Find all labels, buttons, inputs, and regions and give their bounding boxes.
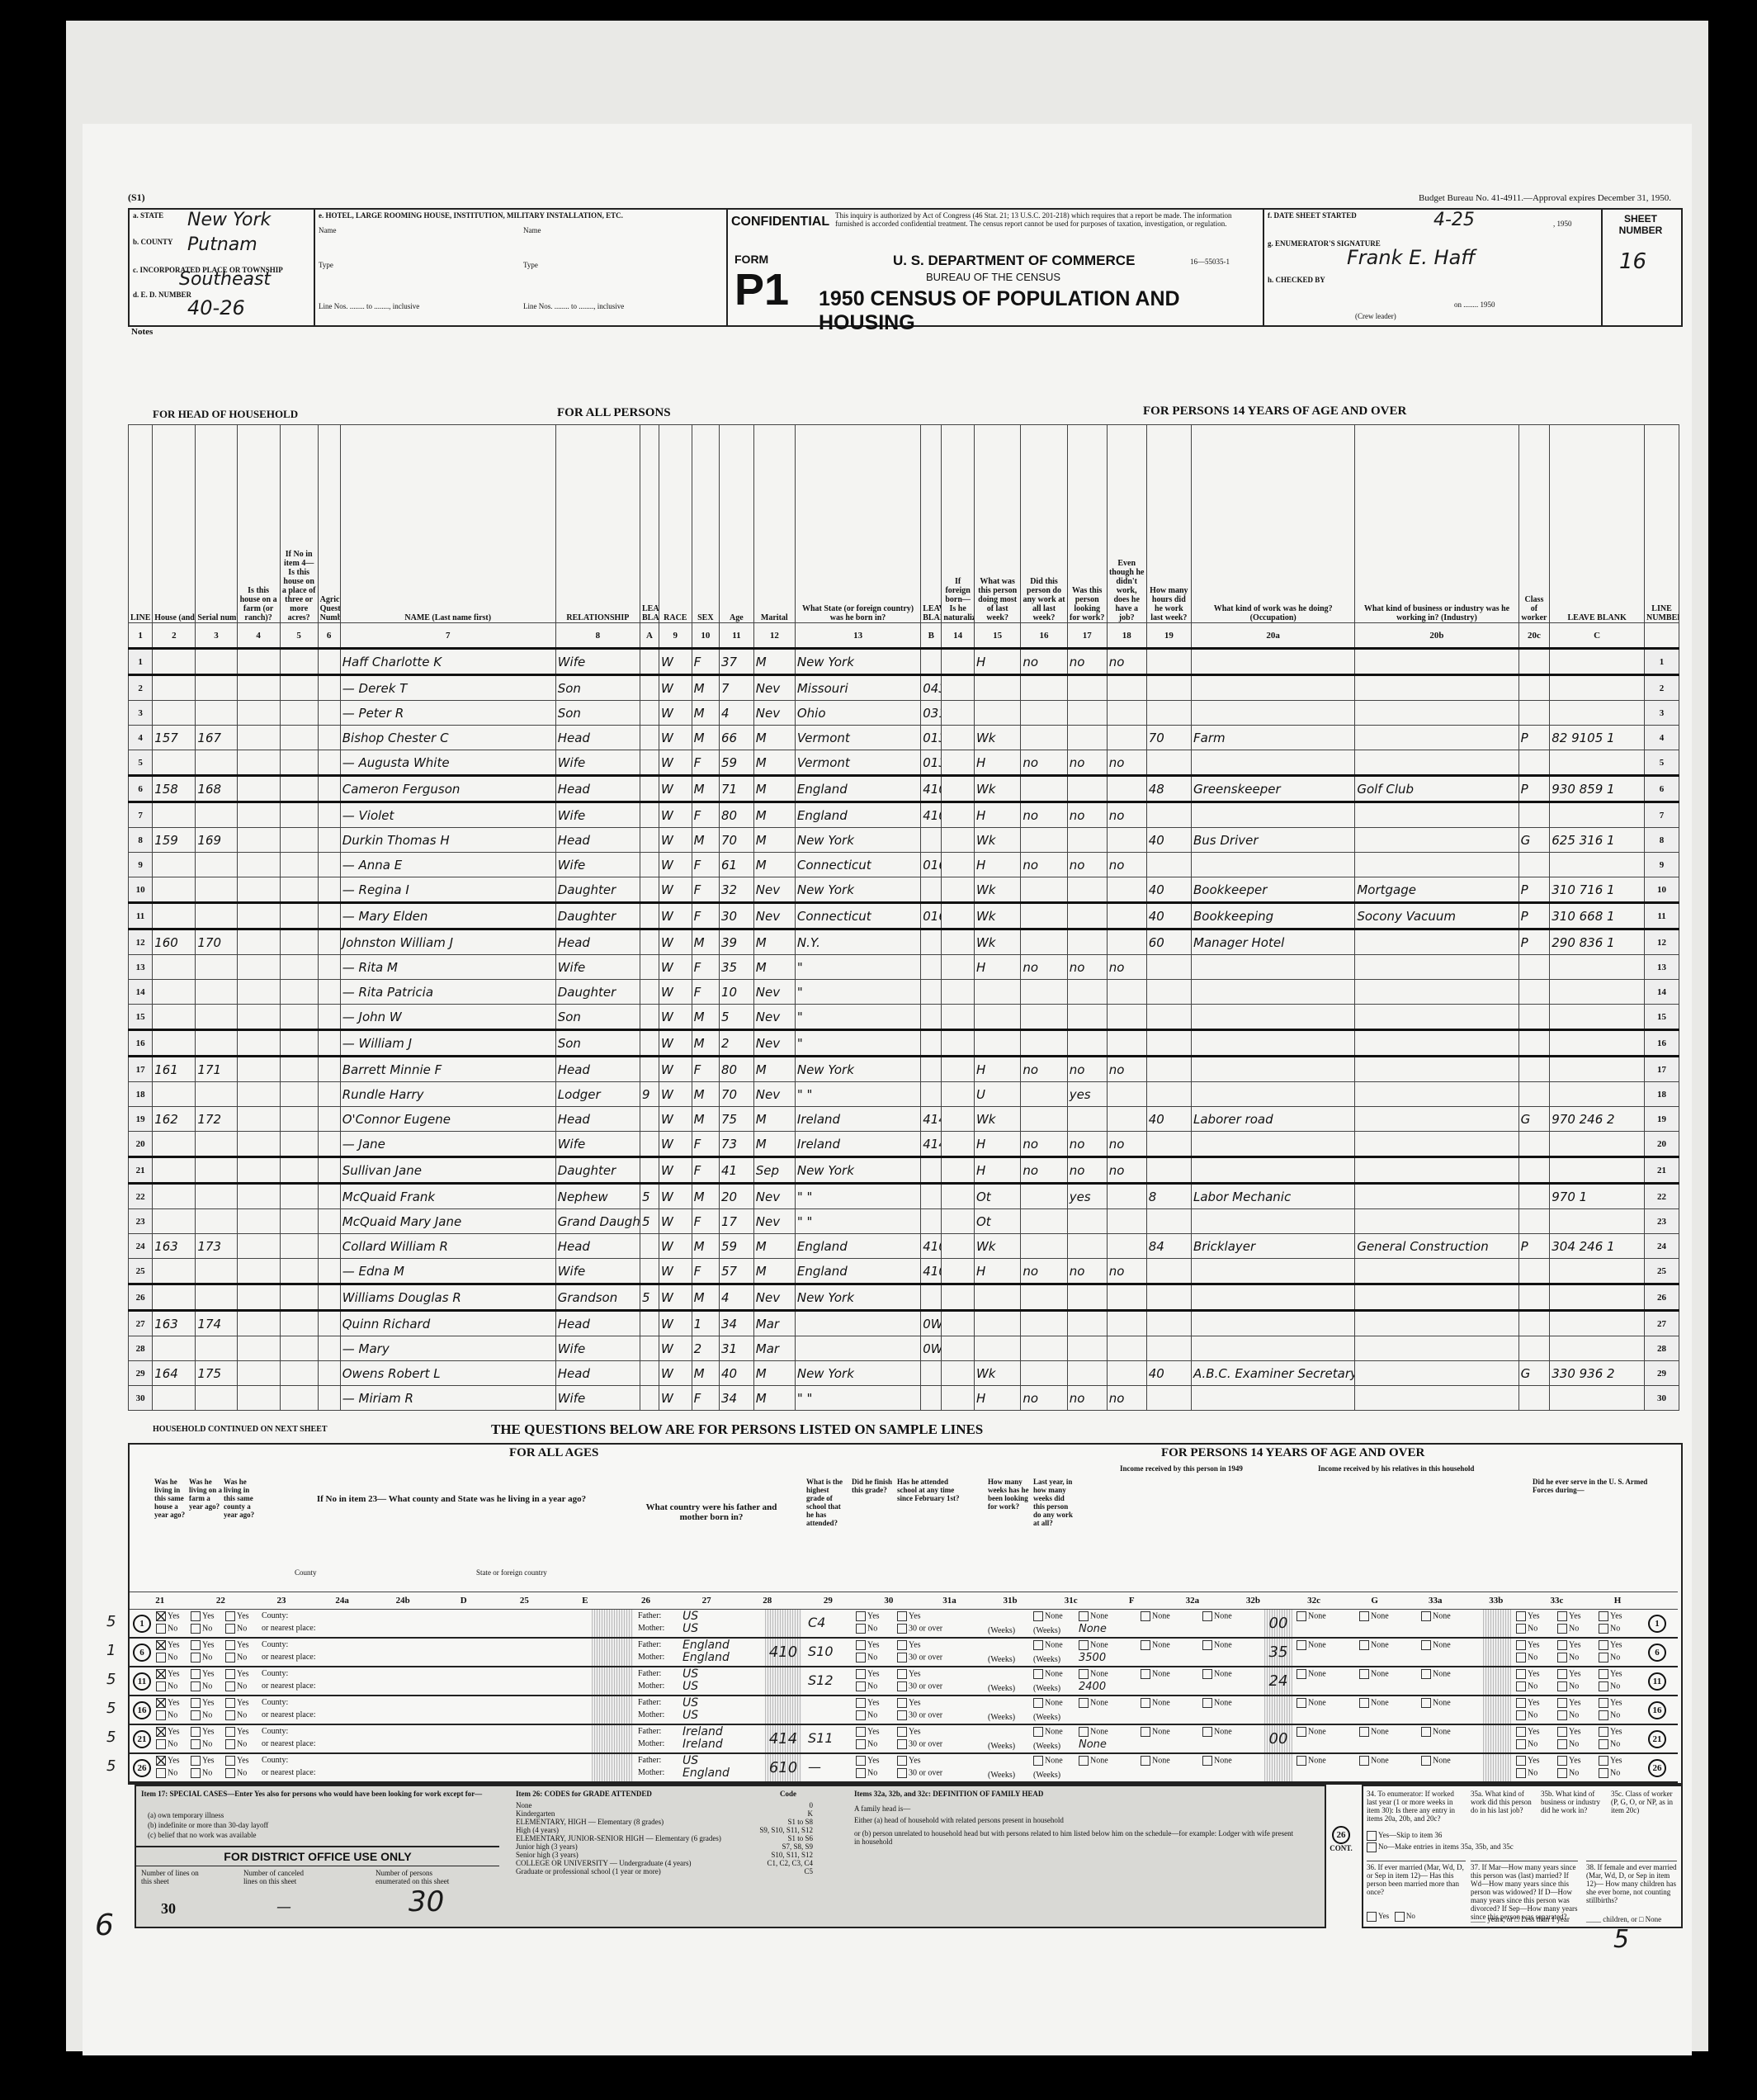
q31c-none[interactable]: None: [1202, 1669, 1232, 1679]
q32c-none[interactable]: None: [1421, 1611, 1451, 1621]
q28-over30[interactable]: 30 or over: [897, 1653, 942, 1662]
q32a-none[interactable]: None: [1296, 1698, 1326, 1708]
q21-yes[interactable]: Yes: [156, 1669, 180, 1679]
checkbox-icon: [1516, 1681, 1526, 1691]
q33a-yes[interactable]: Yes: [1516, 1611, 1540, 1621]
q32a-none[interactable]: None: [1296, 1611, 1326, 1621]
q32b-none[interactable]: None: [1359, 1640, 1389, 1650]
checkbox-icon[interactable]: [1367, 1912, 1377, 1922]
q31c-none[interactable]: None: [1202, 1727, 1232, 1737]
q33a-yes[interactable]: Yes: [1516, 1727, 1540, 1737]
cell-c17: [1067, 675, 1107, 701]
cell-cls: P: [1518, 726, 1550, 750]
q30-none[interactable]: None: [1033, 1727, 1063, 1737]
q23-no[interactable]: No: [225, 1681, 247, 1691]
q27-no[interactable]: No: [856, 1739, 877, 1749]
q27-yes[interactable]: Yes: [856, 1611, 880, 1621]
cell-c17: [1067, 1284, 1107, 1311]
q28-yes[interactable]: Yes: [897, 1727, 921, 1737]
q33b-yes[interactable]: Yes: [1557, 1669, 1581, 1679]
county-label: b. COUNTY: [133, 238, 173, 246]
q33b-yes[interactable]: Yes: [1557, 1756, 1581, 1766]
grade-code-label: ELEMENTARY, HIGH — Elementary (8 grades): [516, 1818, 664, 1826]
q27-yes[interactable]: Yes: [856, 1669, 880, 1679]
q33c-no[interactable]: No: [1599, 1710, 1620, 1720]
q27-yes[interactable]: Yes: [856, 1756, 880, 1766]
q22-no[interactable]: No: [191, 1768, 212, 1778]
none-label: None: [1214, 1640, 1232, 1649]
q27-no[interactable]: No: [856, 1710, 877, 1720]
yes-label: Yes: [1610, 1669, 1622, 1678]
cell-c18: [1107, 1184, 1146, 1209]
cell-rel: Wife: [555, 853, 640, 877]
yes-label: Yes: [202, 1611, 215, 1620]
checkbox-icon: [856, 1681, 866, 1691]
cell-code: [1550, 980, 1645, 1005]
grade-code-row: Senior high (3 years)S10, S11, S12: [516, 1851, 813, 1859]
cell-c16: [1021, 1284, 1067, 1311]
weeks-label-30: (Weeks): [1033, 1626, 1060, 1635]
q23-yes[interactable]: Yes: [225, 1669, 249, 1679]
nearest-place-label: or nearest place:: [262, 1710, 316, 1719]
cell-name: Barrett Minnie F: [340, 1057, 555, 1082]
cell-c17: yes: [1067, 1184, 1107, 1209]
cell-blank: [237, 1005, 280, 1030]
cell-birth: Vermont: [795, 750, 920, 776]
q32b-none[interactable]: None: [1359, 1756, 1389, 1766]
q32b-none[interactable]: None: [1359, 1727, 1389, 1737]
q30-none[interactable]: None: [1033, 1611, 1063, 1621]
checkbox-icon: [897, 1698, 907, 1708]
q22-yes[interactable]: Yes: [191, 1611, 215, 1621]
cell-birth: ": [795, 980, 920, 1005]
q33c-no[interactable]: No: [1599, 1624, 1620, 1634]
q31c-none[interactable]: None: [1202, 1640, 1232, 1650]
q21-no[interactable]: No: [156, 1739, 177, 1749]
q21-yes[interactable]: Yes: [156, 1698, 180, 1708]
q23-no[interactable]: No: [225, 1768, 247, 1778]
q33b-no[interactable]: No: [1557, 1681, 1579, 1691]
q22-yes[interactable]: Yes: [191, 1727, 215, 1737]
checkbox-icon: [1079, 1756, 1089, 1766]
q22-yes[interactable]: Yes: [191, 1640, 215, 1650]
q28-over30[interactable]: 30 or over: [897, 1768, 942, 1778]
col-num: 17: [1067, 623, 1107, 649]
cell-ind: [1355, 726, 1518, 750]
margin-note-left: 6: [95, 1908, 114, 1942]
q30-none[interactable]: None: [1033, 1669, 1063, 1679]
q33c-no[interactable]: No: [1599, 1739, 1620, 1749]
q27-yes[interactable]: Yes: [856, 1727, 880, 1737]
q34-yes[interactable]: Yes—Skip to item 36: [1367, 1831, 1442, 1841]
q21-no[interactable]: No: [156, 1710, 177, 1720]
cell-birth: ": [795, 1030, 920, 1057]
leave-blank-g: [1483, 1696, 1511, 1724]
cell-ind: [1355, 1311, 1518, 1336]
q21-no[interactable]: No: [156, 1624, 177, 1634]
q33b-no[interactable]: No: [1557, 1624, 1579, 1634]
q33a-yes[interactable]: Yes: [1516, 1640, 1540, 1650]
cell-hours: 48: [1146, 776, 1191, 802]
q27-no[interactable]: No: [856, 1624, 877, 1634]
q32c-none[interactable]: None: [1421, 1727, 1451, 1737]
q33c-no[interactable]: No: [1599, 1653, 1620, 1662]
cell-a: [640, 776, 659, 802]
q22-yes[interactable]: Yes: [191, 1698, 215, 1708]
checkbox-icon: [1367, 1831, 1377, 1841]
q32b-none[interactable]: None: [1359, 1611, 1389, 1621]
cell-blank: [280, 1132, 318, 1157]
table-row: 14— Rita PatriciaDaughterWF10Nev"14: [129, 980, 1679, 1005]
q27-no[interactable]: No: [856, 1681, 877, 1691]
q33b-no[interactable]: No: [1557, 1653, 1579, 1662]
cell-c16: no: [1021, 802, 1067, 828]
table-row: 30— Miriam RWifeWF34M" "Hnonono30: [129, 1386, 1679, 1411]
q32c-none[interactable]: None: [1421, 1698, 1451, 1708]
q33b-no[interactable]: No: [1557, 1739, 1579, 1749]
cell-nat: [942, 1259, 975, 1284]
none-label: None: [1214, 1669, 1232, 1678]
q21-yes[interactable]: Yes: [156, 1756, 180, 1766]
q36-no-label: No: [1406, 1912, 1415, 1920]
line-number: 4: [129, 726, 153, 750]
q28-yes[interactable]: Yes: [897, 1611, 921, 1621]
q31a-none[interactable]: None: [1079, 1640, 1108, 1650]
q22-no[interactable]: No: [191, 1681, 212, 1691]
cell-name: Cameron Ferguson: [340, 776, 555, 802]
cell-birth: England: [795, 1234, 920, 1259]
q32a-none[interactable]: None: [1296, 1727, 1326, 1737]
line-number: 13: [1645, 955, 1679, 980]
grade-codes-list: None0KindergartenKELEMENTARY, HIGH — Ele…: [516, 1801, 813, 1875]
q31b-none[interactable]: None: [1141, 1727, 1170, 1737]
q33b-yes[interactable]: Yes: [1557, 1698, 1581, 1708]
q31a-none[interactable]: None: [1079, 1756, 1108, 1766]
leave-blank-f: 00: [1264, 1610, 1292, 1637]
no-label: No: [168, 1710, 177, 1719]
cell-occ: A.B.C. Examiner Secretary: [1192, 1361, 1355, 1386]
q31b-none[interactable]: None: [1141, 1698, 1170, 1708]
cell-cls: [1518, 1082, 1550, 1107]
q33c-yes[interactable]: Yes: [1599, 1640, 1622, 1650]
q33a-yes[interactable]: Yes: [1516, 1756, 1540, 1766]
q23-no[interactable]: No: [225, 1710, 247, 1720]
col-num: [1645, 623, 1679, 649]
q33a-no[interactable]: No: [1516, 1624, 1537, 1634]
q22-yes[interactable]: Yes: [191, 1756, 215, 1766]
q33a-no[interactable]: No: [1516, 1681, 1537, 1691]
cell-a: [640, 1259, 659, 1284]
q32a-none[interactable]: None: [1296, 1756, 1326, 1766]
grade-code-row: High (4 years)S9, S10, S11, S12: [516, 1826, 813, 1834]
line-number: 6: [1645, 776, 1679, 802]
q22-no[interactable]: No: [191, 1653, 212, 1662]
checkbox-icon: [1033, 1756, 1043, 1766]
no-label: No: [867, 1624, 877, 1633]
q33b-yes[interactable]: Yes: [1557, 1640, 1581, 1650]
line-number: 2: [129, 675, 153, 701]
grade-code-row: Graduate or professional school (1 year …: [516, 1867, 813, 1875]
cell-name: — Edna M: [340, 1259, 555, 1284]
col-head-14: If foreign born— Is he naturalized?: [942, 425, 975, 623]
q23-yes[interactable]: Yes: [225, 1727, 249, 1737]
table-row: 4157167Bishop Chester CHeadWM66MVermont0…: [129, 726, 1679, 750]
cell-a: [640, 726, 659, 750]
q22-no[interactable]: No: [191, 1739, 212, 1749]
q31b-none[interactable]: None: [1141, 1611, 1170, 1621]
father-country: US: [682, 1696, 698, 1710]
cell-c18: no: [1107, 649, 1146, 675]
cell-c16: no: [1021, 1132, 1067, 1157]
cell-c15: H: [974, 955, 1020, 980]
q33a-yes[interactable]: Yes: [1516, 1669, 1540, 1679]
cell-race: W: [659, 1336, 692, 1361]
checkbox-icon: [1421, 1669, 1431, 1679]
cell-c16: [1021, 726, 1067, 750]
cell-race: W: [659, 903, 692, 929]
county-field-label: County:: [262, 1669, 288, 1678]
cell-mar: Nev: [753, 701, 795, 726]
q32b-none[interactable]: None: [1359, 1669, 1389, 1679]
none-label: None: [1045, 1698, 1063, 1707]
q34-no[interactable]: No—Make entries in items 35a, 35b, and 3…: [1367, 1842, 1514, 1852]
cell-ind: [1355, 1259, 1518, 1284]
cell-rel: Head: [555, 1311, 640, 1336]
q31a-none[interactable]: None: [1079, 1611, 1108, 1621]
cell-blank: [318, 1082, 340, 1107]
q33c-no[interactable]: No: [1599, 1768, 1620, 1778]
income-31a: 3500: [1079, 1652, 1106, 1664]
cell-blank: [280, 1234, 318, 1259]
q23-no[interactable]: No: [225, 1653, 247, 1662]
q23-yes[interactable]: Yes: [225, 1640, 249, 1650]
q33c-yes[interactable]: Yes: [1599, 1756, 1622, 1766]
q27-yes[interactable]: Yes: [856, 1698, 880, 1708]
cell-mar: M: [753, 750, 795, 776]
cell-b: 0W: [921, 1336, 942, 1361]
cell-c15: Wk: [974, 877, 1020, 903]
cell-house: [153, 802, 196, 828]
sample-col-num: 32c: [1283, 1596, 1344, 1606]
q22-yes[interactable]: Yes: [191, 1669, 215, 1679]
q21-no[interactable]: No: [156, 1653, 177, 1662]
grade-code-row: ELEMENTARY, HIGH — Elementary (8 grades)…: [516, 1818, 813, 1826]
cell-blank: [237, 1259, 280, 1284]
cell-c18: no: [1107, 1157, 1146, 1184]
checkbox-icon: [225, 1611, 235, 1621]
q31b-none[interactable]: None: [1141, 1756, 1170, 1766]
q23-no[interactable]: No: [225, 1739, 247, 1749]
cell-blank: [318, 776, 340, 802]
cell-sex: F: [692, 1057, 719, 1082]
grade-code-value: S10, S11, S12: [771, 1851, 813, 1859]
col-head-20b: What kind of business or industry was he…: [1355, 425, 1518, 623]
cell-house: [153, 853, 196, 877]
q28-over30[interactable]: 30 or over: [897, 1710, 942, 1720]
q23-yes[interactable]: Yes: [225, 1756, 249, 1766]
q33c-yes[interactable]: Yes: [1599, 1611, 1622, 1621]
cell-a: [640, 877, 659, 903]
q31c-none[interactable]: None: [1202, 1611, 1232, 1621]
q33c-yes[interactable]: Yes: [1599, 1727, 1622, 1737]
cell-birth: New York: [795, 877, 920, 903]
cell-rel: Head: [555, 726, 640, 750]
cell-a: 5: [640, 1184, 659, 1209]
q31b-none[interactable]: None: [1141, 1640, 1170, 1650]
cell-b: [921, 1184, 942, 1209]
q28-over30[interactable]: 30 or over: [897, 1739, 942, 1749]
cell-occ: [1192, 1030, 1355, 1057]
q33b-yes[interactable]: Yes: [1557, 1727, 1581, 1737]
cell-occ: [1192, 1336, 1355, 1361]
q31a-none[interactable]: None: [1079, 1669, 1108, 1679]
cell-mar: Mar: [753, 1311, 795, 1336]
grade-code-row: Junior high (3 years)S7, S8, S9: [516, 1842, 813, 1851]
q33a-no[interactable]: No: [1516, 1739, 1537, 1749]
cell-occ: Labor Mechanic: [1192, 1184, 1355, 1209]
cell-age: 35: [720, 955, 754, 980]
cell-hours: [1146, 1311, 1191, 1336]
cell-c18: [1107, 929, 1146, 955]
cell-c17: no: [1067, 750, 1107, 776]
checkbox-icon: [897, 1640, 907, 1650]
cell-age: 73: [720, 1132, 754, 1157]
q30-none[interactable]: None: [1033, 1698, 1063, 1708]
income-31a: None: [1079, 1738, 1107, 1751]
notes-label: Notes: [131, 327, 153, 337]
grade-code-label: None: [516, 1801, 532, 1809]
cell-a: [640, 1386, 659, 1411]
q31c-none[interactable]: None: [1202, 1756, 1232, 1766]
q31b-none[interactable]: None: [1141, 1669, 1170, 1679]
q32c-none[interactable]: None: [1421, 1669, 1451, 1679]
cell-ind: [1355, 980, 1518, 1005]
col-num: 20b: [1355, 623, 1518, 649]
cell-mar: Nev: [753, 980, 795, 1005]
cell-name: McQuaid Frank: [340, 1184, 555, 1209]
q27-no[interactable]: No: [856, 1768, 877, 1778]
cell-age: 80: [720, 1057, 754, 1082]
q31c-none[interactable]: None: [1202, 1698, 1232, 1708]
checkbox-icon: [1516, 1768, 1526, 1778]
q33c-yes[interactable]: Yes: [1599, 1669, 1622, 1679]
q33b-no[interactable]: No: [1557, 1768, 1579, 1778]
line-number: 11: [129, 903, 153, 929]
q33c-no[interactable]: No: [1599, 1681, 1620, 1691]
q32b-none[interactable]: None: [1359, 1698, 1389, 1708]
mother-country: Ireland: [682, 1738, 723, 1751]
cell-birth: Ireland: [795, 1132, 920, 1157]
cell-c16: [1021, 1234, 1067, 1259]
none-label: None: [1090, 1756, 1108, 1765]
cell-a: [640, 1311, 659, 1336]
q32c-none[interactable]: None: [1421, 1640, 1451, 1650]
cell-blank: [318, 675, 340, 701]
cell-c18: no: [1107, 1057, 1146, 1082]
q31a-none[interactable]: None: [1079, 1727, 1108, 1737]
q32a-none[interactable]: None: [1296, 1669, 1326, 1679]
household-continued-label: HOUSEHOLD CONTINUED ON NEXT SHEET: [153, 1425, 328, 1434]
q33a-no[interactable]: No: [1516, 1768, 1537, 1778]
q31a-none[interactable]: None: [1079, 1698, 1108, 1708]
col-num: 2: [153, 623, 196, 649]
q27-yes[interactable]: Yes: [856, 1640, 880, 1650]
cell-hours: 8: [1146, 1184, 1191, 1209]
q32a-none[interactable]: None: [1296, 1640, 1326, 1650]
q23-no[interactable]: No: [225, 1624, 247, 1634]
cell-ind: [1355, 828, 1518, 853]
q30-none[interactable]: None: [1033, 1756, 1063, 1766]
checkbox-icon: [1557, 1710, 1567, 1720]
q22-no[interactable]: No: [191, 1624, 212, 1634]
q28-yes[interactable]: Yes: [897, 1698, 921, 1708]
q33a-no[interactable]: No: [1516, 1710, 1537, 1720]
cell-blank: [280, 877, 318, 903]
cell-code: 970 246 2: [1550, 1107, 1645, 1132]
table-row: 12160170Johnston William JHeadWM39MN.Y.W…: [129, 929, 1679, 955]
cell-house: 158: [153, 776, 196, 802]
cell-c17: no: [1067, 1386, 1107, 1411]
q21-no[interactable]: No: [156, 1768, 177, 1778]
q33a-yes[interactable]: Yes: [1516, 1698, 1540, 1708]
cell-dwelling: 175: [196, 1361, 237, 1386]
cell-age: 10: [720, 980, 754, 1005]
cell-ind: [1355, 701, 1518, 726]
q33a-no[interactable]: No: [1516, 1653, 1537, 1662]
q28-yes[interactable]: Yes: [897, 1756, 921, 1766]
q30-none[interactable]: None: [1033, 1640, 1063, 1650]
q28-yes[interactable]: Yes: [897, 1640, 921, 1650]
q21-yes[interactable]: Yes: [156, 1727, 180, 1737]
q33c-yes[interactable]: Yes: [1599, 1698, 1622, 1708]
q33b-no[interactable]: No: [1557, 1710, 1579, 1720]
cell-hours: [1146, 1336, 1191, 1361]
mother-label: Mother:: [638, 1710, 664, 1719]
no-label: No: [202, 1739, 212, 1748]
sample-col-num: 23: [251, 1596, 312, 1606]
cell-age: 40: [720, 1361, 754, 1386]
checkbox-icon: [856, 1710, 866, 1720]
cell-age: 70: [720, 1082, 754, 1107]
yes-label: Yes: [237, 1727, 249, 1736]
cell-birth: New York: [795, 1284, 920, 1311]
q21-yes[interactable]: Yes: [156, 1611, 180, 1621]
q32c-none[interactable]: None: [1421, 1756, 1451, 1766]
lines-count-label: Number of lines on this sheet: [141, 1869, 207, 1885]
cell-nat: [942, 1234, 975, 1259]
q28-over30[interactable]: 30 or over: [897, 1624, 942, 1634]
cell-blank: [280, 955, 318, 980]
cell-c15: [974, 980, 1020, 1005]
q21-yes[interactable]: Yes: [156, 1640, 180, 1650]
q23-yes[interactable]: Yes: [225, 1698, 249, 1708]
none-label: None: [1152, 1669, 1170, 1678]
q28-over30[interactable]: 30 or over: [897, 1681, 942, 1691]
checkbox-icon[interactable]: [1395, 1912, 1405, 1922]
q23-yes[interactable]: Yes: [225, 1611, 249, 1621]
none-label: None: [1090, 1727, 1108, 1736]
cell-c16: [1021, 1107, 1067, 1132]
q22-no[interactable]: No: [191, 1710, 212, 1720]
q33b-yes[interactable]: Yes: [1557, 1611, 1581, 1621]
q28-yes[interactable]: Yes: [897, 1669, 921, 1679]
cell-occ: [1192, 1057, 1355, 1082]
cell-mar: M: [753, 1361, 795, 1386]
q21-no[interactable]: No: [156, 1681, 177, 1691]
cell-race: W: [659, 1057, 692, 1082]
leave-blank-d: [592, 1610, 633, 1637]
q27-no[interactable]: No: [856, 1653, 877, 1662]
